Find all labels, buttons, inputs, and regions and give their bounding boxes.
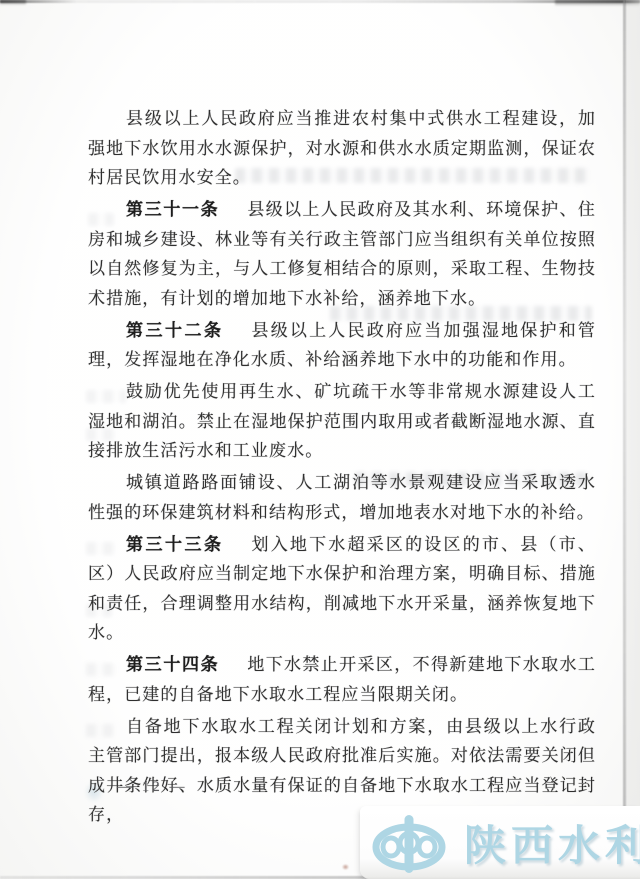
page-number: — 12 —: [117, 779, 188, 796]
paragraph-text: 鼓励优先使用再生水、矿坑疏干水等非常规水源建设人工湿地和湖泊。禁止在湿地保护范围…: [88, 382, 596, 460]
scan-edge-right-line: [623, 0, 626, 879]
paragraph: 第三十四条地下水禁止开采区，不得新建地下水取水工程，已建的自备地下水取水工程应当…: [88, 650, 596, 709]
paragraph: 第三十三条划入地下水超采区的设区的市、县（市、区）人民政府应当制定地下水保护和治…: [88, 530, 596, 648]
scan-edge-right-band: [626, 0, 640, 879]
watermark-text: 陕西水利: [464, 813, 640, 873]
watermark-banner: 陕西水利: [360, 806, 640, 879]
paragraph: 鼓励优先使用再生水、矿坑疏干水等非常规水源建设人工湿地和湖泊。禁止在湿地保护范围…: [88, 377, 596, 466]
paragraph: 第三十二条县级以上人民政府应当加强湿地保护和管理，发挥湿地在净化水质、补给涵养地…: [88, 316, 596, 375]
shaanxi-water-resources-logo: [368, 812, 450, 876]
article-heading: 第三十四条: [126, 655, 219, 674]
scan-edge-top: [0, 0, 640, 3]
paragraph: 城镇道路路面铺设、人工湖泊等水景观建设应当采取透水性强的环保建筑材料和结构形式，…: [88, 468, 596, 527]
scanned-page-sheet: 县级以上人民政府应当推进农村集中式供水工程建设，加强地下水饮用水水源保护，对水源…: [0, 0, 640, 879]
article-heading: 第三十三条: [126, 535, 224, 554]
paragraph: 县级以上人民政府应当推进农村集中式供水工程建设，加强地下水饮用水水源保护，对水源…: [88, 104, 596, 193]
article-heading: 第三十二条: [126, 321, 224, 340]
paragraph-text: 城镇道路路面铺设、人工湖泊等水景观建设应当采取透水性强的环保建筑材料和结构形式，…: [88, 473, 596, 522]
paragraph-text: 县级以上人民政府应当推进农村集中式供水工程建设，加强地下水饮用水水源保护，对水源…: [88, 109, 596, 187]
article-heading: 第三十一条: [126, 200, 219, 219]
scan-corner-top-left: [0, 0, 26, 5]
ink-dot-red: [342, 864, 349, 870]
paragraph: 第三十一条县级以上人民政府及其水利、环境保护、住房和城乡建设、林业等有关行政主管…: [88, 195, 596, 313]
document-body: 县级以上人民政府应当推进农村集中式供水工程建设，加强地下水饮用水水源保护，对水源…: [88, 104, 596, 832]
